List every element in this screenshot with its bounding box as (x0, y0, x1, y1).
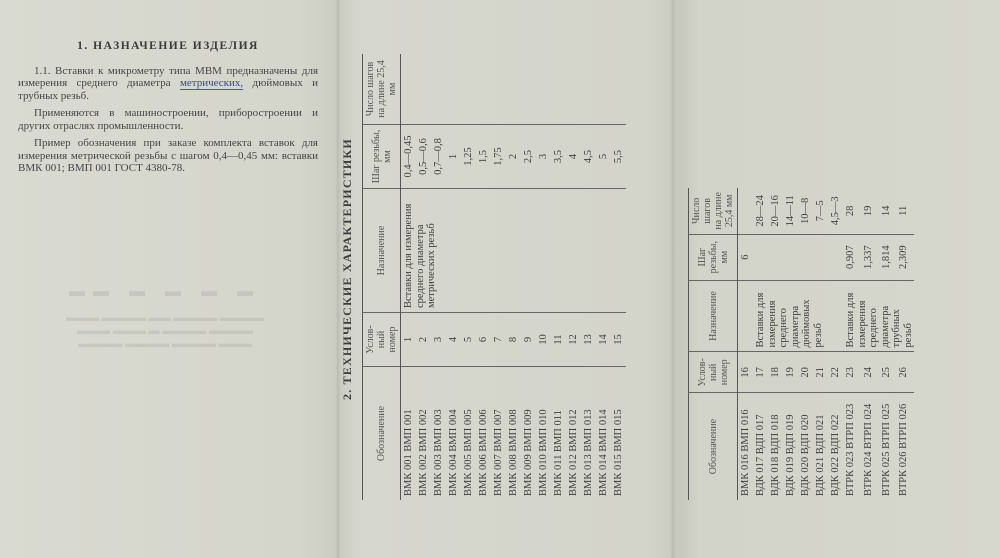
cell-tpi (566, 54, 581, 125)
cell-pitch: 4 (566, 125, 581, 189)
cell-tpi (476, 54, 491, 125)
cell-num: 6 (476, 313, 491, 367)
table-row: ВМК 001 ВМП 0011Вставки для измерения ср… (401, 54, 417, 500)
table-row: ВДК 017 ВДП 01717Вставки для измерения с… (753, 188, 768, 500)
cell-tpi: 28 (843, 188, 861, 234)
cell-num: 18 (768, 352, 783, 393)
cell-code: ВДК 021 ВДП 021 (813, 393, 828, 500)
section-title-tech: 2. ТЕХНИЧЕСКИЕ ХАРАКТЕРИСТИКИ (340, 138, 355, 400)
cell-num: 4 (446, 313, 461, 367)
cell-tpi: 4,5—3 (828, 188, 843, 234)
cell-pitch (783, 234, 798, 280)
cell-pitch: 1 (446, 125, 461, 189)
cell-num: 9 (521, 313, 536, 367)
cell-pitch: 5,5 (611, 125, 626, 189)
col-tpi: Число шагов на длине 25,4 мм (363, 54, 401, 125)
cell-purpose: Вставки для измерения среднего диаметра … (753, 280, 843, 352)
col-pitch: Шаг резьбы, мм (363, 125, 401, 189)
cell-pitch: 1,814 (879, 234, 897, 280)
cell-num: 15 (611, 313, 626, 367)
cell-tpi (461, 54, 476, 125)
col-pitch: Шаг резьбы, мм (689, 234, 738, 280)
cell-tpi (611, 54, 626, 125)
cell-tpi: 19 (861, 188, 879, 234)
cell-pitch: 0,5—0,6 (416, 125, 431, 189)
cell-tpi: 7—5 (813, 188, 828, 234)
cell-tpi: 14 (879, 188, 897, 234)
cell-num: 5 (461, 313, 476, 367)
cell-code: ВДК 020 ВДП 020 (798, 393, 813, 500)
col-tpi: Число шагов на длине 25,4 мм (689, 188, 738, 234)
cell-purpose (738, 280, 754, 352)
cell-code: ВМК 011 ВМП 011 (551, 367, 566, 501)
cell-num: 2 (416, 313, 431, 367)
cell-code: ВТРК 023 ВТРП 023 (843, 393, 861, 500)
cell-num: 14 (596, 313, 611, 367)
cell-tpi: 20—16 (768, 188, 783, 234)
cell-num: 23 (843, 352, 861, 393)
cell-code: ВТРК 026 ВТРП 026 (896, 393, 914, 500)
cell-tpi (401, 54, 417, 125)
cell-tpi: 11 (896, 188, 914, 234)
cell-pitch: 1,75 (491, 125, 506, 189)
cell-code: ВМК 015 ВМП 015 (611, 367, 626, 501)
cell-pitch: 2,309 (896, 234, 914, 280)
cell-purpose: Вставки для измерения среднего диаметра … (843, 280, 914, 352)
cell-code: ВМК 014 ВМП 014 (596, 367, 611, 501)
cell-pitch: 2,5 (521, 125, 536, 189)
cell-pitch: 0,4—0,45 (401, 125, 417, 189)
cell-num: 19 (783, 352, 798, 393)
cell-tpi (581, 54, 596, 125)
cell-code: ВМК 009 ВМП 009 (521, 367, 536, 501)
cell-pitch: 0,7—0,8 (431, 125, 446, 189)
cell-code: ВДК 019 ВДП 019 (783, 393, 798, 500)
cell-pitch: 2 (506, 125, 521, 189)
cell-pitch: 6 (738, 234, 754, 280)
cell-num: 21 (813, 352, 828, 393)
cell-pitch (828, 234, 843, 280)
cell-code: ВМК 006 ВМП 006 (476, 367, 491, 501)
spec-table-1: Обозначение Услов-ный номер Назначение Ш… (362, 54, 626, 500)
cell-num: 17 (753, 352, 768, 393)
cell-num: 8 (506, 313, 521, 367)
section-purpose: 1. НАЗНАЧЕНИЕ ИЗДЕЛИЯ 1.1. Вставки к мик… (18, 40, 318, 180)
paragraph-2: Применяются в машиностроении, приборостр… (18, 107, 318, 132)
cell-code: ВМК 007 ВМП 007 (491, 367, 506, 501)
cell-num: 22 (828, 352, 843, 393)
cell-tpi: 14—11 (783, 188, 798, 234)
cell-code: ВМК 003 ВМП 003 (431, 367, 446, 501)
cell-code: ВТРК 024 ВТРП 024 (861, 393, 879, 500)
cell-code: ВМК 016 ВМП 016 (738, 393, 754, 500)
cell-num: 24 (861, 352, 879, 393)
col-designation: Обозначение (363, 367, 401, 501)
cell-tpi (416, 54, 431, 125)
cell-pitch (798, 234, 813, 280)
cell-tpi (551, 54, 566, 125)
cell-tpi (521, 54, 536, 125)
paragraph-1: 1.1. Вставки к микрометру типа МВМ предн… (18, 65, 318, 103)
cell-tpi: 10—8 (798, 188, 813, 234)
cell-num: 16 (738, 352, 754, 393)
cell-code: ВМК 012 ВМП 012 (566, 367, 581, 501)
cell-num: 20 (798, 352, 813, 393)
col-purpose: Назначение (689, 280, 738, 352)
cell-tpi (491, 54, 506, 125)
cell-tpi (446, 54, 461, 125)
cell-code: ВМК 005 ВМП 005 (461, 367, 476, 501)
cell-tpi (536, 54, 551, 125)
document-sheet: 1. НАЗНАЧЕНИЕ ИЗДЕЛИЯ 1.1. Вставки к мик… (0, 0, 1000, 558)
col-number: Услов-ный номер (363, 313, 401, 367)
cell-num: 12 (566, 313, 581, 367)
cell-num: 25 (879, 352, 897, 393)
cell-pitch: 0,907 (843, 234, 861, 280)
cell-pitch: 3,5 (551, 125, 566, 189)
cell-tpi (738, 188, 754, 234)
cell-num: 11 (551, 313, 566, 367)
cell-pitch: 4,5 (581, 125, 596, 189)
cell-pitch (753, 234, 768, 280)
cell-num: 10 (536, 313, 551, 367)
section-title: 1. НАЗНАЧЕНИЕ ИЗДЕЛИЯ (18, 40, 318, 53)
paragraph-3: Пример обозначения при заказе комплекта … (18, 137, 318, 175)
cell-pitch (813, 234, 828, 280)
table-row: ВМК 016 ВМП 016166 (738, 188, 754, 500)
cell-pitch: 3 (536, 125, 551, 189)
cell-code: ВМК 002 ВМП 002 (416, 367, 431, 501)
cell-num: 13 (581, 313, 596, 367)
cell-code: ВМК 013 ВМП 013 (581, 367, 596, 501)
cell-code: ВДК 018 ВДП 018 (768, 393, 783, 500)
cell-code: ВДК 022 ВДП 022 (828, 393, 843, 500)
cell-num: 1 (401, 313, 417, 367)
spec-table-2: Обозначение Услов-ный номер Назначение Ш… (688, 188, 914, 500)
cell-pitch: 1,5 (476, 125, 491, 189)
cell-code: ВМК 008 ВМП 008 (506, 367, 521, 501)
cell-code: ВМК 010 ВМП 010 (536, 367, 551, 501)
cell-pitch: 1,337 (861, 234, 879, 280)
cell-num: 26 (896, 352, 914, 393)
cell-code: ВДК 017 ВДП 017 (753, 393, 768, 500)
cell-pitch: 1,25 (461, 125, 476, 189)
cell-code: ВМК 004 ВМП 004 (446, 367, 461, 501)
col-designation: Обозначение (689, 393, 738, 500)
cell-pitch (768, 234, 783, 280)
cell-tpi (596, 54, 611, 125)
cell-tpi (506, 54, 521, 125)
page-fold (670, 0, 676, 558)
cell-pitch: 5 (596, 125, 611, 189)
cell-tpi (431, 54, 446, 125)
cell-code: ВМК 001 ВМП 001 (401, 367, 417, 501)
cell-tpi: 28—24 (753, 188, 768, 234)
table-row: ВТРК 023 ВТРП 02323Вставки для измерения… (843, 188, 861, 500)
col-purpose: Назначение (363, 189, 401, 313)
bleed-through-text: ▬▬ ▬ ▬ ▬ ▬ ▬▬▬ ▬▬▬▬ ▬▬ ▬▬▬▬ ▬▬▬▬ ▬▬▬ ▬▬▬… (20, 285, 310, 351)
cell-num: 3 (431, 313, 446, 367)
col-number: Услов-ный номер (689, 352, 738, 393)
cell-code: ВТРК 025 ВТРП 025 (879, 393, 897, 500)
cell-num: 7 (491, 313, 506, 367)
underlined-word: метрических, (180, 77, 243, 90)
cell-purpose: Вставки для измерения среднего диаметра … (401, 189, 627, 313)
